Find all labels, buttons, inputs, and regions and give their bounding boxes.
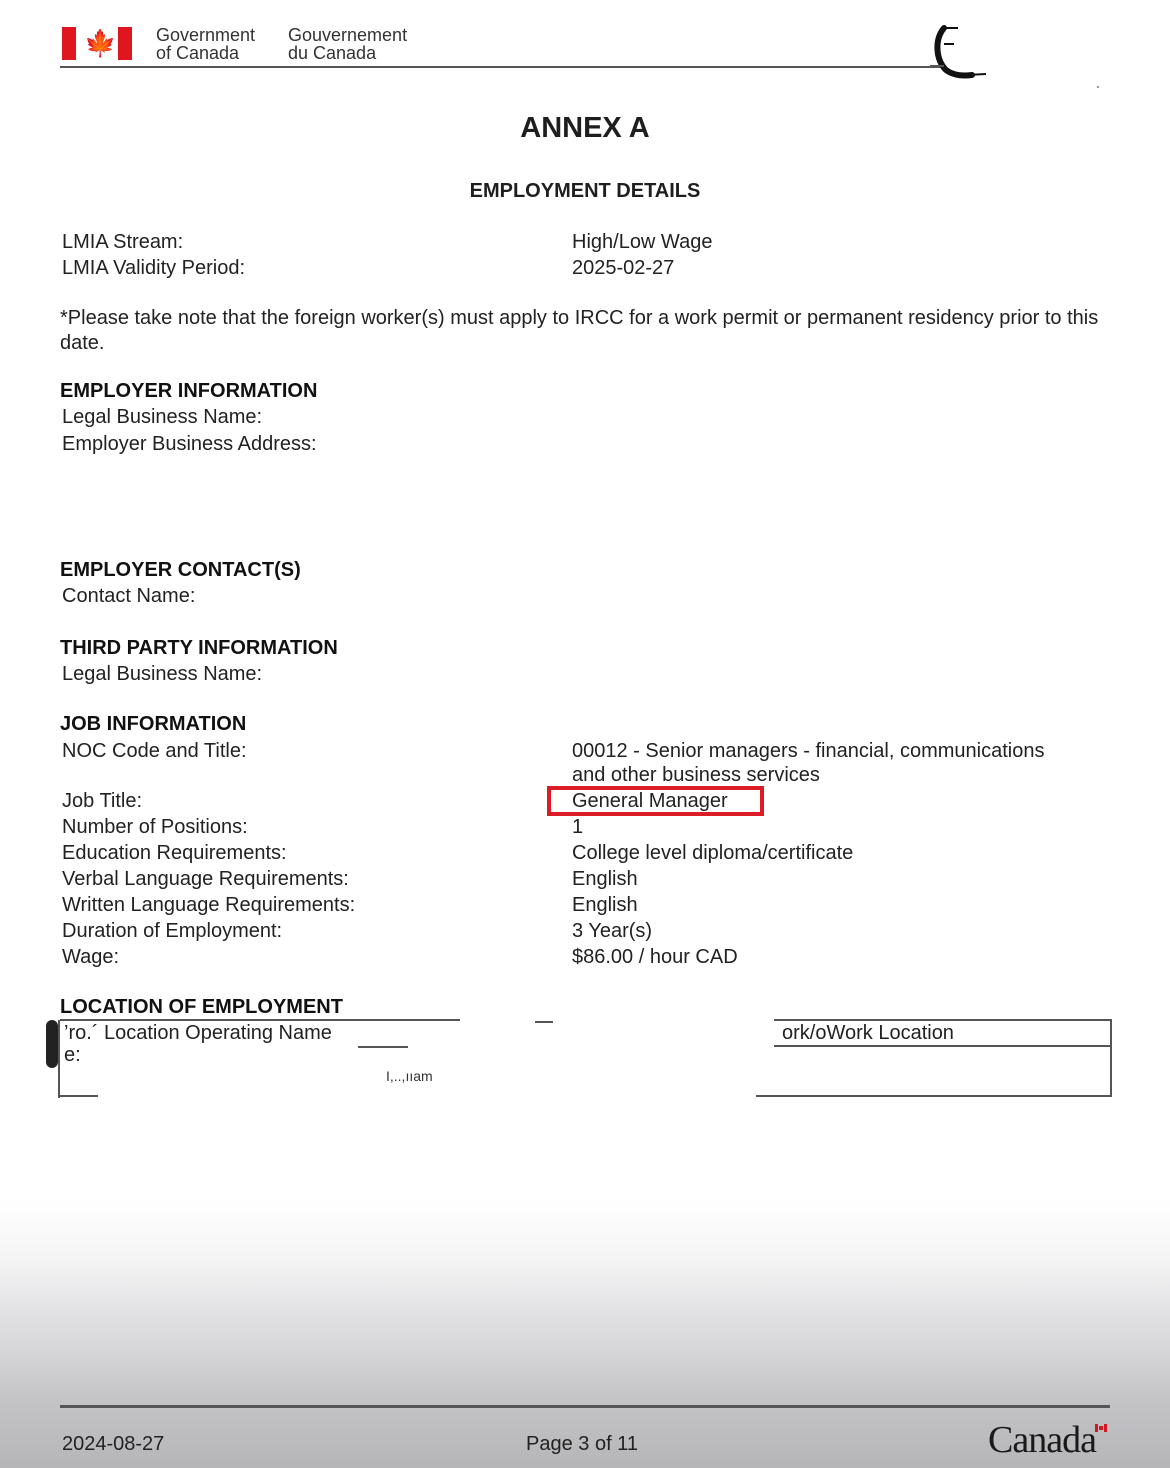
location-name-subheader: e: [64,1042,81,1068]
lmia-validity-label: LMIA Validity Period: [62,255,245,281]
lmia-stream-value: High/Low Wage [572,229,712,255]
work-location-header: ork/oWork Location [782,1020,954,1046]
handwritten-mark-icon [930,20,1000,82]
cell-fragment: I,..,ııam [386,1068,433,1084]
canada-wordmark: Canada [988,1418,1096,1462]
lmia-validity-value: 2025-02-27 [572,255,674,281]
document-title: ANNEX A [0,112,1170,145]
employer-address-label: Employer Business Address: [62,431,317,457]
table-bottom-border-left [58,1095,98,1097]
org-name-en: Government of Canada [156,26,255,62]
contact-name-label: Contact Name: [62,583,195,609]
table-fragment [535,1021,553,1023]
canada-flag-icon: 🍁 [62,27,132,60]
verbal-language-label: Verbal Language Requirements: [62,866,349,892]
table-bottom-border-right [756,1095,1112,1097]
table-right-border [1110,1019,1112,1097]
header-divider [60,66,940,68]
ircc-note: *Please take note that the foreign worke… [60,306,1120,356]
wage-value: $86.00 / hour CAD [572,944,738,970]
org-name-fr: Gouvernement du Canada [288,26,407,62]
noc-label: NOC Code and Title: [62,738,247,764]
third-party-business-name-label: Legal Business Name: [62,661,262,687]
table-fragment [358,1046,408,1048]
verbal-language-value: English [572,866,638,892]
job-title-highlight-box [547,786,764,816]
employer-contacts-heading: EMPLOYER CONTACT(S) [60,559,301,582]
wordmark-flag-icon [1095,1424,1107,1432]
duration-value: 3 Year(s) [572,918,652,944]
table-left-border [58,1020,60,1098]
positions-label: Number of Positions: [62,814,248,840]
positions-value: 1 [572,814,583,840]
redaction-mark [46,1020,58,1068]
job-title-label: Job Title: [62,788,142,814]
speck [1097,86,1099,88]
employer-information-heading: EMPLOYER INFORMATION [60,380,317,403]
location-name-header: ’ro.´ Location Operating Name [64,1020,332,1046]
lmia-stream-label: LMIA Stream: [62,229,183,255]
footer-divider [60,1405,1110,1408]
footer-date: 2024-08-27 [62,1433,164,1456]
table-header-border-right [774,1045,1112,1047]
document-subtitle: EMPLOYMENT DETAILS [0,180,1170,203]
legal-business-name-label: Legal Business Name: [62,404,262,430]
written-language-label: Written Language Requirements: [62,892,355,918]
education-label: Education Requirements: [62,840,287,866]
third-party-heading: THIRD PARTY INFORMATION [60,637,338,660]
duration-label: Duration of Employment: [62,918,282,944]
noc-value-line1: 00012 - Senior managers - financial, com… [572,738,1044,764]
page-number: Page 3 of 11 [526,1433,638,1456]
written-language-value: English [572,892,638,918]
education-value: College level diploma/certificate [572,840,853,866]
location-heading: LOCATION OF EMPLOYMENT [60,996,343,1019]
wage-label: Wage: [62,944,119,970]
noc-value-line2: and other business services [572,762,820,788]
job-information-heading: JOB INFORMATION [60,713,246,736]
